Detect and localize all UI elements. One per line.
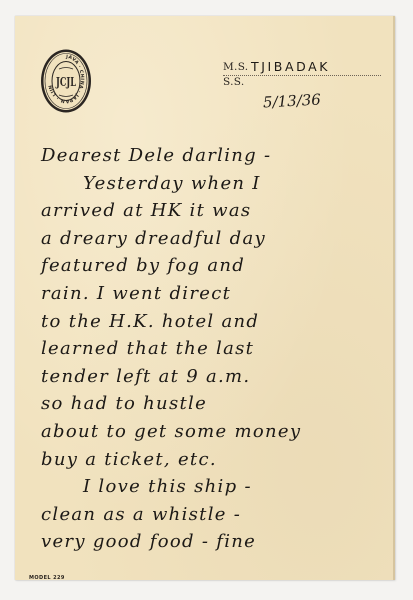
letter-line: rain. I went direct xyxy=(41,280,401,308)
letter-line: a dreary dreadful day xyxy=(41,225,401,253)
letter-line: tender left at 9 a.m. xyxy=(41,363,401,391)
letterhead: M.S. TJIBADAK S.S. xyxy=(223,60,381,90)
ms-label: M.S. xyxy=(223,60,248,75)
letter-date: 5/13/36 xyxy=(263,90,322,111)
svg-text:JCJL: JCJL xyxy=(55,75,76,89)
salutation: Dearest Dele darling - xyxy=(41,142,401,170)
letter-line: about to get some money xyxy=(41,418,401,446)
shipping-line-emblem-icon: JAVA · CHINA · JAPAN · LIJN JCJL xyxy=(40,48,92,114)
letter-line: buy a ticket, etc. xyxy=(41,446,401,474)
letter-line: Yesterday when I xyxy=(41,170,401,198)
letter-line: clean as a whistle - xyxy=(41,501,401,529)
letter-line: featured by fog and xyxy=(41,252,401,280)
letter-page: JAVA · CHINA · JAPAN · LIJN JCJL M.S. TJ… xyxy=(15,16,395,580)
letter-line: I love this ship - xyxy=(41,473,401,501)
ss-label: S.S. xyxy=(223,75,245,90)
letter-line: so had to hustle xyxy=(41,390,401,418)
letter-line: learned that the last xyxy=(41,335,401,363)
letter-body: Dearest Dele darling - Yesterday when I … xyxy=(41,142,401,556)
ship-name: TJIBADAK xyxy=(251,59,330,74)
letter-line: to the H.K. hotel and xyxy=(41,308,401,336)
model-number: MODEL 229 xyxy=(29,575,65,581)
letter-line: arrived at HK it was xyxy=(41,197,401,225)
letter-line: very good food - fine xyxy=(41,528,401,556)
